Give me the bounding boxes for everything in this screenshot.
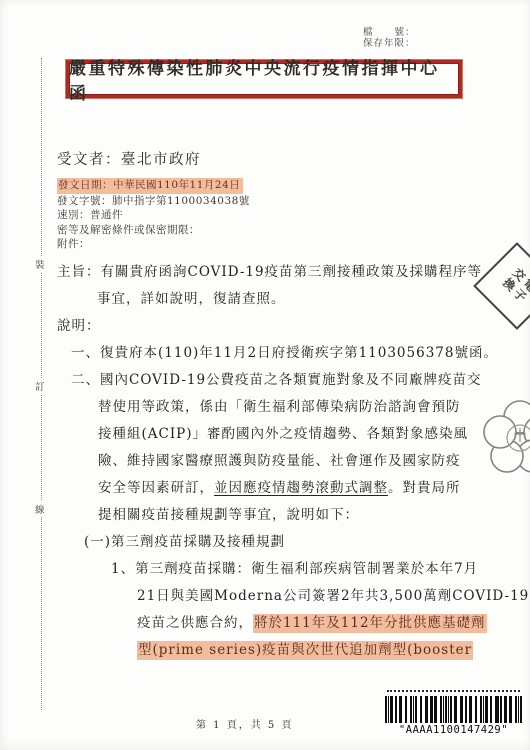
- body-text-segment: 21日與美國Moderna公司簽署2年共3,500萬劑COVID-19: [137, 588, 529, 604]
- body-text-segment: 1、第三劑疫苗採購：衛生福利部疾病管制署業於本年7月: [111, 561, 478, 577]
- body-text-segment: 主旨：有關貴府函詢COVID-19疫苗第三劑接種政策及採購程序等: [57, 264, 482, 280]
- file-number-label: 檔 號：: [363, 27, 416, 38]
- issue-date-highlight: 發文日期：中華民國110年11月24日: [57, 178, 243, 194]
- body-text-segment: 險、維持國家醫療照護與防疫量能、社會運作及國家防疫: [98, 453, 461, 469]
- body-text-segment: (一)第三劑疫苗採購及接種規劃: [84, 534, 285, 550]
- retention-period-label: 保存年限：: [363, 38, 416, 49]
- letter-title-box: 嚴重特殊傳染性肺炎中央流行疫情指揮中心 函: [66, 60, 462, 98]
- body-line: 主旨：有關貴府函詢COVID-19疫苗第三劑接種政策及採購程序等: [57, 259, 519, 286]
- body-line: 一、復貴府本(110)年11月2日府授衛疾字第1103056378號函。: [57, 340, 519, 367]
- body-line: 險、維持國家醫療照護與防疫量能、社會運作及國家防疫: [57, 448, 519, 475]
- body-text-segment: 提相關疫苗接種規劃等事宜，說明如下：: [98, 507, 359, 523]
- body-line: 替使用等政策，係由「衛生福利部傳染病防治諮詢會預防: [57, 394, 519, 421]
- page-number: 第 1 頁，共 5 頁: [196, 716, 293, 731]
- official-letter-page: 檔 號： 保存年限： 嚴重特殊傳染性肺炎中央流行疫情指揮中心 函 裝 訂 線 受…: [0, 0, 530, 750]
- security-line: 密等及解密條件或保密期限：: [57, 223, 250, 238]
- body-line: 型(prime series)疫苗與次世代追加劑型(booster: [57, 637, 519, 664]
- binding-char-zhuang: 裝: [35, 256, 45, 272]
- body-text-segment: 二、國內COVID-19公費疫苗之各類實施對象及不同廠牌疫苗交: [71, 372, 482, 388]
- barcode-icon: [385, 696, 522, 723]
- meta-block: 發文日期：中華民國110年11月24日 發文字號：肺中指字第1100034038…: [57, 178, 250, 252]
- body-text-segment: 替使用等政策，係由「衛生福利部傳染病防治諮詢會預防: [98, 399, 461, 415]
- body-line: 1、第三劑疫苗採購：衛生福利部疾病管制署業於本年7月: [57, 556, 519, 583]
- body-text-segment: 。對貴局所: [388, 480, 461, 496]
- body-text-segment: 將於111年及112年分批供應基礎劑: [253, 614, 487, 633]
- body-text-segment: 事宜，詳如說明，復請查照。: [97, 291, 286, 307]
- body-text-segment: 疫苗之供應合約，: [137, 615, 253, 631]
- attachment-line: 附件：: [57, 237, 250, 252]
- barcode-label: "AAAA1100147429": [385, 724, 522, 736]
- body-line: 提相關疫苗接種規劃等事宜，說明如下：: [57, 502, 519, 529]
- plum-blossom-seal-icon: [480, 398, 530, 480]
- body-text-segment: 一、復貴府本(110)年11月2日府授衛疾字第1103056378號函。: [71, 345, 498, 361]
- body-line: 安全等因素研訂，並因應疫情趨勢滾動式調整。對貴局所: [57, 475, 519, 502]
- body-line: 事宜，詳如說明，復請查照。: [57, 286, 519, 313]
- body-line: 說明：: [57, 313, 519, 340]
- electronic-exchange-stamp-text: 電子交換: [495, 264, 530, 308]
- body-line: 疫苗之供應合約，將於111年及112年分批供應基礎劑: [57, 610, 519, 637]
- binding-char-xian: 線: [35, 501, 45, 517]
- body-text-segment: 接種組(ACIP)」審酌國內外之疫情趨勢、各類對象感染風: [98, 426, 468, 442]
- binding-char-ding: 訂: [35, 378, 45, 394]
- body-text-segment: 型(prime series)疫苗與次世代追加劑型(booster: [137, 641, 473, 660]
- body-line: 接種組(ACIP)」審酌國內外之疫情趨勢、各類對象感染風: [57, 421, 519, 448]
- body-text-segment: 安全等因素研訂，: [98, 480, 214, 496]
- speed-line: 速別：普通件: [57, 208, 250, 223]
- recipient-line: 受文者：臺北市政府: [57, 148, 201, 169]
- archive-corner: 檔 號： 保存年限：: [363, 27, 416, 49]
- body-line: 二、國內COVID-19公費疫苗之各類實施對象及不同廠牌疫苗交: [57, 367, 519, 394]
- body-text: 主旨：有關貴府函詢COVID-19疫苗第三劑接種政策及採購程序等事宜，詳如說明，…: [57, 259, 519, 664]
- barcode-block: "AAAA1100147429": [385, 690, 522, 736]
- issue-date-line: 發文日期：中華民國110年11月24日: [57, 178, 250, 194]
- letter-title: 嚴重特殊傳染性肺炎中央流行疫情指揮中心 函: [69, 54, 459, 104]
- body-text-segment: 說明：: [57, 318, 101, 334]
- doc-number-line: 發文字號：肺中指字第1100034038號: [57, 194, 250, 209]
- body-text-segment: 並因應疫情趨勢滾動式調整: [214, 480, 388, 496]
- body-line: (一)第三劑疫苗採購及接種規劃: [57, 529, 519, 556]
- body-line: 21日與美國Moderna公司簽署2年共3,500萬劑COVID-19: [57, 583, 519, 610]
- barcode-dots: [387, 690, 520, 692]
